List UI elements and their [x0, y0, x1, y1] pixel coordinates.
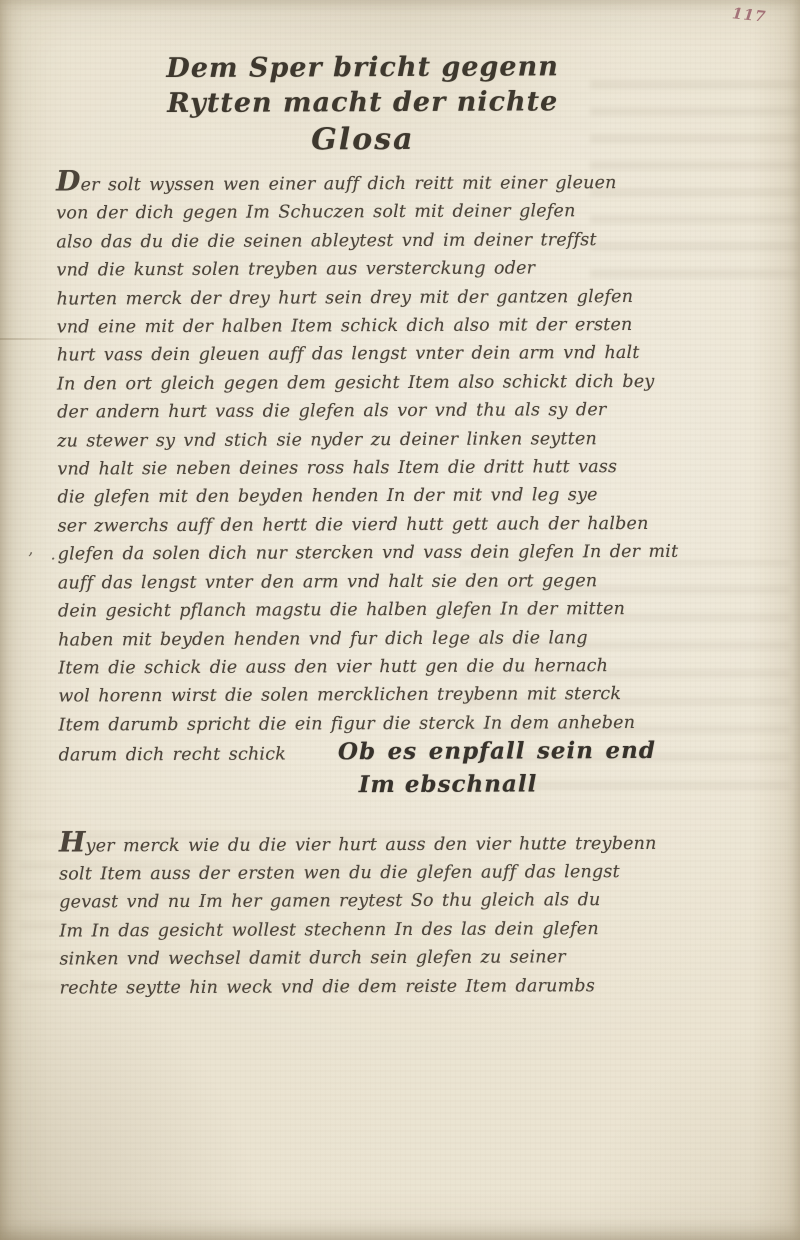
- gloss-closing-line: darum dich recht schick Ob es enpfall se…: [59, 737, 759, 770]
- heading-glosa: Glosa: [0, 119, 728, 162]
- text-line: vnd die kunst solen treyben aus versterc…: [56, 254, 756, 285]
- text-line: ser zwerchs auff den hertt die vierd hut…: [58, 509, 758, 540]
- second-gloss-paragraph: Hyer merck wie du die vier hurt auss den…: [59, 825, 760, 1002]
- text-line: die glefen mit den beyden henden In der …: [57, 481, 757, 512]
- main-text-block: Der solt wyssen wen einer auff dich reit…: [56, 164, 760, 1002]
- text-line: dein gesicht pflanch magstu die halben g…: [58, 595, 758, 626]
- text-line: hurten merck der drey hurt sein drey mit…: [57, 282, 757, 313]
- text-line: Item die schick die auss den vier hutt g…: [58, 651, 758, 682]
- heading-verse-line-2: Rytten macht der nichte: [0, 84, 728, 122]
- text-line: auff das lengst vnter den arm vnd halt s…: [58, 566, 758, 597]
- text-line: zu stewer sy vnd stich sie nyder zu dein…: [57, 424, 757, 455]
- marginal-mark: ’ ·: [28, 549, 62, 569]
- heading-verse-line-1: Dem Sper bricht gegenn: [0, 49, 728, 87]
- chapter-heading: Dem Sper bricht gegenn Rytten macht der …: [0, 49, 728, 162]
- manuscript-content: Dem Sper bricht gegenn Rytten macht der …: [0, 0, 800, 1240]
- text-line: sinken vnd wechsel damit durch sein glef…: [59, 943, 759, 974]
- gloss-closing-text: darum dich recht schick: [59, 741, 287, 770]
- text-line: gevast vnd nu Im her gamen reytest So th…: [59, 886, 759, 917]
- text-line: vnd eine mit der halben Item schick dich…: [57, 310, 757, 341]
- text-line: Hyer merck wie du die vier hurt auss den…: [59, 825, 759, 860]
- text-line: der andern hurt vass die glefen als vor …: [57, 396, 757, 427]
- text-line: Der solt wyssen wen einer auff dich reit…: [56, 164, 756, 199]
- text-line: wol horenn wirst die solen mercklichen t…: [58, 680, 758, 711]
- text-line: rechte seytte hin weck vnd die dem reist…: [60, 971, 760, 1002]
- text-line: Item darumb spricht die ein figur die st…: [58, 708, 758, 739]
- text-line: vnd halt sie neben deines ross hals Item…: [57, 453, 757, 484]
- gloss-paragraph: Der solt wyssen wen einer auff dich reit…: [56, 164, 758, 739]
- text-line: In den ort gleich gegen dem gesicht Item…: [57, 367, 757, 398]
- text-line: hurt vass dein gleuen auff das lengst vn…: [57, 339, 757, 370]
- text-line: also das du die die seinen ableytest vnd…: [56, 225, 756, 256]
- text-line: von der dich gegen Im Schuczen solt mit …: [56, 197, 756, 228]
- text-line: solt Item auss der ersten wen du die gle…: [59, 857, 759, 888]
- text-line: Im In das gesicht wollest stechenn In de…: [59, 914, 759, 945]
- verse-cue-line-2: Im ebschnall: [359, 767, 759, 801]
- manuscript-page: 117 Dem Sper bricht gegenn Rytten macht …: [0, 0, 800, 1240]
- verse-cue-line-1: Ob es enpfall sein end: [338, 737, 656, 767]
- text-line: glefen da solen dich nur stercken vnd va…: [58, 538, 758, 569]
- text-line: haben mit beyden henden vnd fur dich leg…: [58, 623, 758, 654]
